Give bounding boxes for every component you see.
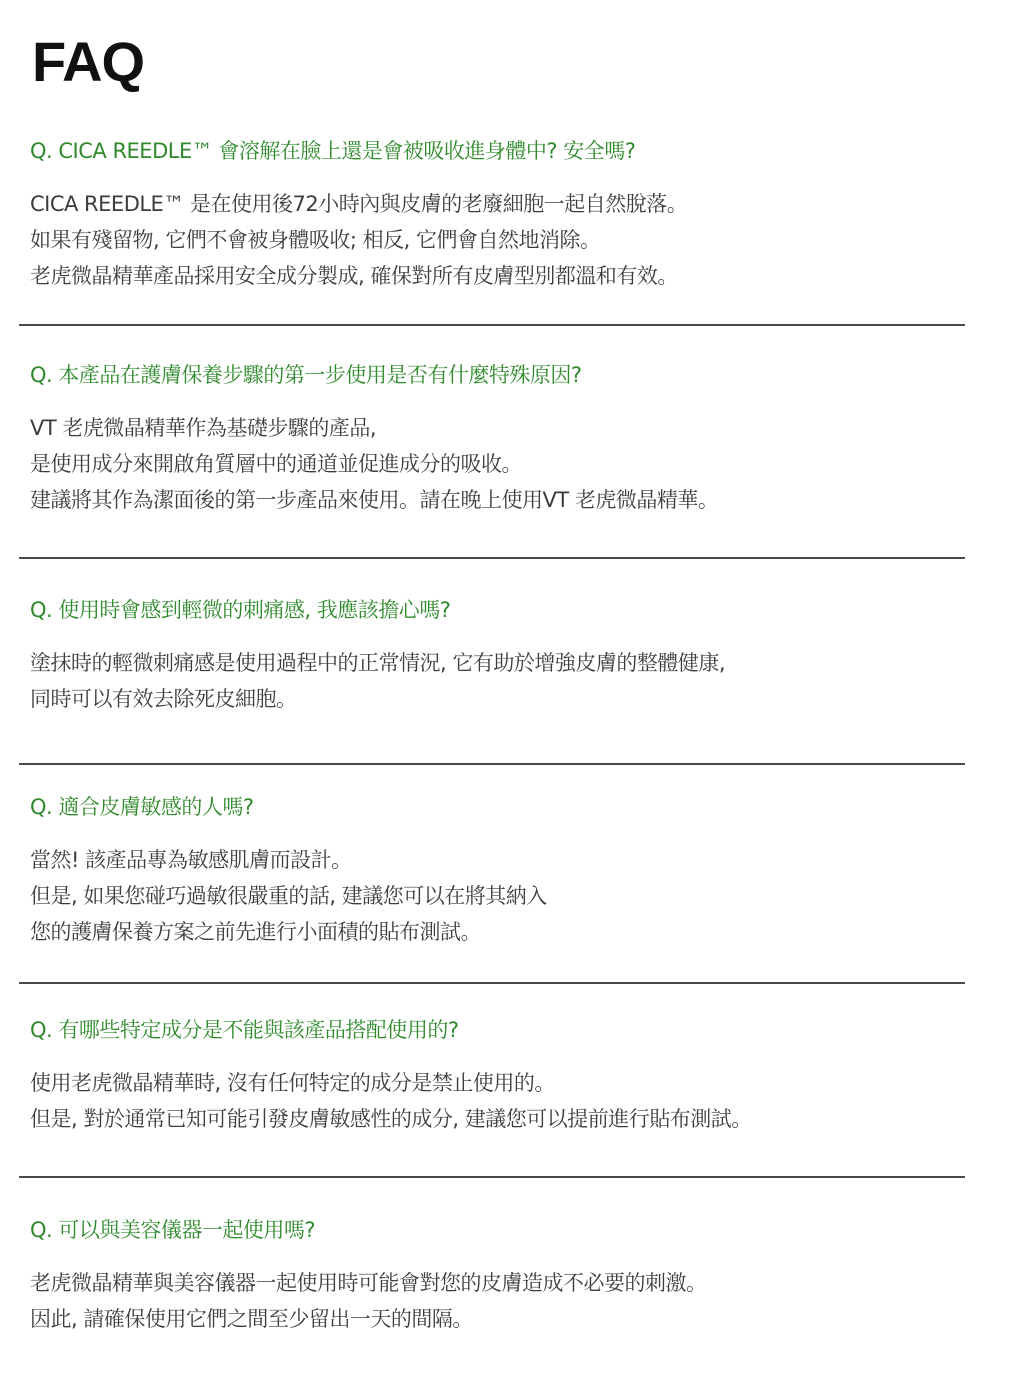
faq-question-5: Q. 有哪些特定成分是不能與該產品搭配使用的? (30, 1016, 459, 1044)
faq-answer-6: 老虎微晶精華與美容儀器一起使用時可能會對您的皮膚造成不必要的刺激。 因此, 請確… (30, 1265, 707, 1337)
faq-answer-2: VT 老虎微晶精華作為基礎步驟的產品, 是使用成分來開啟角質層中的通道並促進成分… (30, 410, 718, 518)
page-title: FAQ (32, 34, 144, 90)
faq-question-3: Q. 使用時會感到輕微的刺痛感, 我應該擔心嗎? (30, 596, 450, 624)
faq-question-2: Q. 本產品在護膚保養步驟的第一步使用是否有什麼特殊原因? (30, 361, 582, 389)
answer-line: 因此, 請確保使用它們之間至少留出一天的間隔。 (30, 1301, 707, 1337)
faq-question-6: Q. 可以與美容儀器一起使用嗎? (30, 1216, 315, 1244)
divider (19, 1176, 965, 1178)
divider (19, 982, 965, 984)
faq-answer-5: 使用老虎微晶精華時, 沒有任何特定的成分是禁止使用的。 但是, 對於通常已知可能… (30, 1065, 752, 1137)
faq-answer-4: 當然! 該產品專為敏感肌膚而設計。 但是, 如果您碰巧過敏很嚴重的話, 建議您可… (30, 842, 547, 950)
faq-answer-3: 塗抹時的輕微刺痛感是使用過程中的正常情況, 它有助於增強皮膚的整體健康, 同時可… (30, 645, 725, 717)
divider (19, 324, 965, 326)
answer-line: 如果有殘留物, 它們不會被身體吸收; 相反, 它們會自然地消除。 (30, 222, 687, 258)
answer-line: 建議將其作為潔面後的第一步產品來使用。請在晚上使用VT 老虎微晶精華。 (30, 482, 718, 518)
answer-line: VT 老虎微晶精華作為基礎步驟的產品, (30, 410, 718, 446)
answer-line: 使用老虎微晶精華時, 沒有任何特定的成分是禁止使用的。 (30, 1065, 752, 1101)
faq-question-1: Q. CICA REEDLE™ 會溶解在臉上還是會被吸收進身體中? 安全嗎? (30, 137, 635, 165)
answer-line: 塗抹時的輕微刺痛感是使用過程中的正常情況, 它有助於增強皮膚的整體健康, (30, 645, 725, 681)
answer-line: 老虎微晶精華產品採用安全成分製成, 確保對所有皮膚型別都溫和有效。 (30, 258, 687, 294)
divider (19, 557, 965, 559)
answer-line: 但是, 如果您碰巧過敏很嚴重的話, 建議您可以在將其納入 (30, 878, 547, 914)
answer-line: 但是, 對於通常已知可能引發皮膚敏感性的成分, 建議您可以提前進行貼布測試。 (30, 1101, 752, 1137)
divider (19, 763, 965, 765)
answer-line: 您的護膚保養方案之前先進行小面積的貼布測試。 (30, 914, 547, 950)
answer-line: CICA REEDLE™ 是在使用後72小時內與皮膚的老廢細胞一起自然脫落。 (30, 186, 687, 222)
answer-line: 當然! 該產品專為敏感肌膚而設計。 (30, 842, 547, 878)
answer-line: 同時可以有效去除死皮細胞。 (30, 681, 725, 717)
answer-line: 是使用成分來開啟角質層中的通道並促進成分的吸收。 (30, 446, 718, 482)
answer-line: 老虎微晶精華與美容儀器一起使用時可能會對您的皮膚造成不必要的刺激。 (30, 1265, 707, 1301)
faq-answer-1: CICA REEDLE™ 是在使用後72小時內與皮膚的老廢細胞一起自然脫落。 如… (30, 186, 687, 294)
faq-question-4: Q. 適合皮膚敏感的人嗎? (30, 793, 254, 821)
